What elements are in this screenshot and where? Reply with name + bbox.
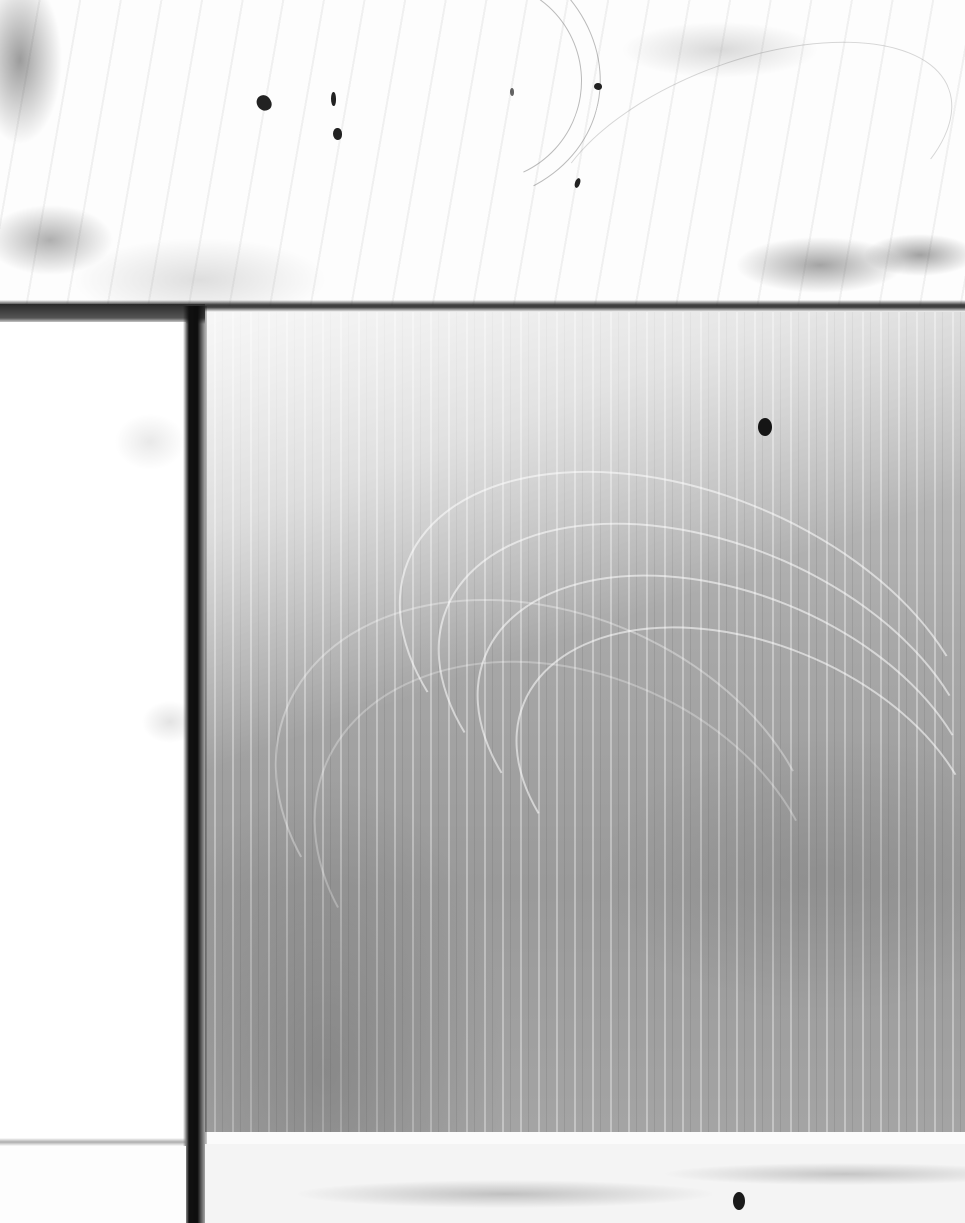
vertical-seam [183, 306, 207, 1223]
wood-planks-photo [0, 0, 965, 1223]
knot [733, 1192, 745, 1210]
top-seam-left [0, 304, 205, 324]
knot [333, 128, 342, 140]
top-plank [0, 0, 965, 306]
knot [254, 93, 274, 114]
knot [510, 88, 514, 96]
bottom-plank [205, 1144, 965, 1223]
main-plank [205, 312, 965, 1132]
left-plank [0, 322, 186, 1142]
bottom-seam [205, 1124, 965, 1146]
knot [331, 92, 336, 106]
knot [594, 83, 602, 90]
nail-hole [758, 418, 772, 436]
bottom-left-plank [0, 1146, 186, 1223]
bottom-seam-left [0, 1138, 186, 1146]
